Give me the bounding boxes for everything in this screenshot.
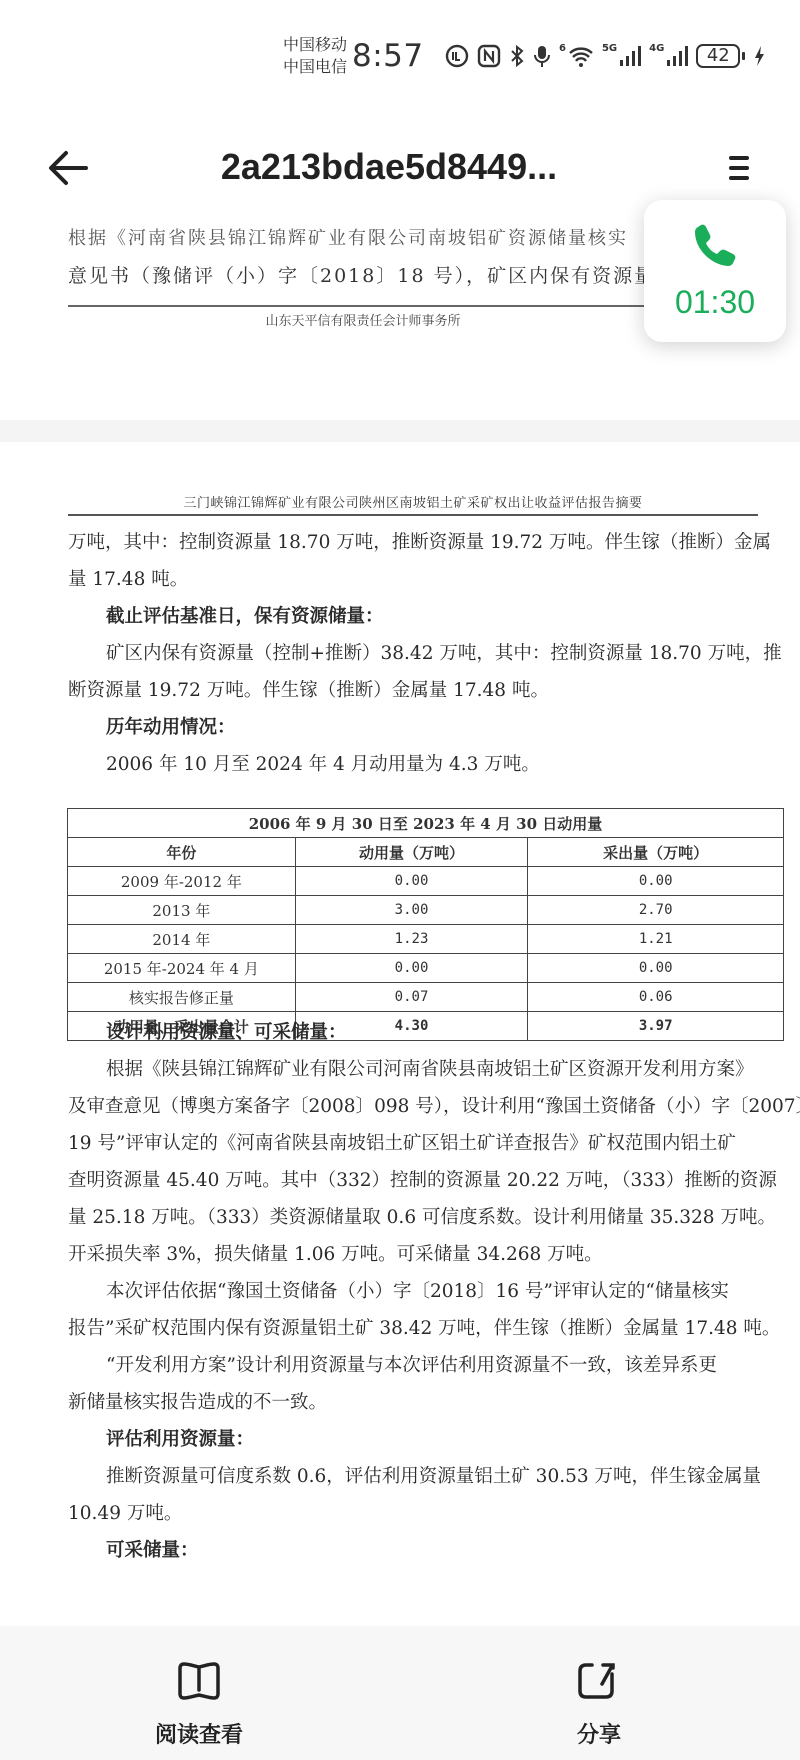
hd-voice-icon: [445, 44, 469, 68]
header-rule: [68, 514, 758, 516]
clock: 8:57: [352, 38, 424, 74]
table-caption: 2006 年 9 月 30 日至 2023 年 4 月 30 日动用量: [68, 809, 784, 838]
wifi-icon: [568, 44, 594, 68]
share-icon: [576, 1660, 620, 1702]
carrier-2: 中国电信: [283, 56, 347, 78]
status-icons: 6 5G 4G 42: [445, 42, 765, 70]
read-view-button[interactable]: 阅读查看: [99, 1626, 299, 1760]
share-button[interactable]: 分享: [499, 1626, 699, 1760]
charging-icon: [753, 44, 765, 68]
menu-icon-bar: [729, 166, 749, 170]
battery-level: 42: [696, 44, 740, 68]
document-title: 2a213bdae5d8449...: [0, 146, 800, 188]
heading-reserves: 截止评估基准日，保有资源储量：: [68, 598, 768, 635]
phone-icon: [690, 220, 740, 270]
carrier-names: 中国移动 中国电信: [283, 34, 347, 78]
call-timer: 01:30: [644, 284, 786, 321]
signal-4g-icon: [666, 44, 688, 68]
document-viewer[interactable]: 根据《河南省陕县锦江锦辉矿业有限公司南坡铝矿资源储量核实 意见书（豫储评（小）字…: [0, 216, 800, 1626]
battery-icon: 42: [696, 44, 745, 68]
microphone-icon: [533, 44, 551, 68]
menu-button[interactable]: [724, 150, 754, 190]
carrier-1: 中国移动: [283, 34, 347, 56]
document-page-2: 三门峡锦江锦辉矿业有限公司陕州区南坡铝土矿采矿权出让收益评估报告摘要 万吨，其中…: [0, 442, 800, 1626]
menu-icon-bar: [729, 156, 749, 160]
book-icon: [176, 1660, 222, 1702]
signal-5g-icon: [619, 44, 641, 68]
paragraph-4: 根据《陕县锦江锦辉矿业有限公司河南省陕县南坡铝土矿区资源开发利用方案》 及审查意…: [68, 1051, 768, 1273]
call-widget[interactable]: 01:30: [644, 200, 786, 342]
table-row: 2009 年-2012 年 0.00 0.00: [68, 867, 784, 896]
table-row: 2015 年-2024 年 4 月 0.00 0.00: [68, 954, 784, 983]
paragraph-6: “开发利用方案”设计利用资源量与本次评估利用资源量不一致，该差异系更 新储量核实…: [68, 1347, 768, 1421]
page-header: 三门峡锦江锦辉矿业有限公司陕州区南坡铝土矿采矿权出让收益评估报告摘要: [68, 492, 758, 511]
table-row: 2014 年 1.23 1.21: [68, 925, 784, 954]
bluetooth-icon: [509, 44, 525, 68]
page-separator: [0, 420, 800, 442]
table-header: 年份: [68, 838, 296, 867]
menu-icon-bar: [729, 176, 749, 180]
heading-recoverable: 可采储量：: [68, 1532, 768, 1569]
heading-design: 设计利用资源量、可采储量：: [68, 1014, 768, 1051]
paragraph-2: 矿区内保有资源量（控制+推断）38.42 万吨，其中：控制资源量 18.70 万…: [68, 635, 768, 709]
page1-line-1: 根据《河南省陕县锦江锦辉矿业有限公司南坡铝矿资源储量核实: [68, 224, 628, 250]
share-label: 分享: [499, 1718, 699, 1749]
nfc-icon: [477, 44, 501, 68]
table-row: 2013 年 3.00 2.70: [68, 896, 784, 925]
usage-table: 2006 年 9 月 30 日至 2023 年 4 月 30 日动用量 年份 动…: [67, 808, 784, 1041]
wifi-label: 6: [559, 43, 566, 54]
paragraph-3: 2006 年 10 月至 2024 年 4 月动用量为 4.3 万吨。: [68, 746, 768, 783]
heading-evaluation: 评估利用资源量：: [68, 1421, 768, 1458]
bottom-action-bar: 阅读查看 分享: [0, 1626, 800, 1760]
signal-2-label: 4G: [649, 43, 664, 54]
status-bar: 中国移动 中国电信 8:57 6 5G 4G 42: [0, 0, 800, 100]
read-view-label: 阅读查看: [99, 1718, 299, 1749]
signal-1-label: 5G: [602, 43, 617, 54]
table-header: 动用量（万吨）: [295, 838, 528, 867]
table-header: 采出量（万吨）: [528, 838, 784, 867]
table-row: 核实报告修正量 0.07 0.06: [68, 983, 784, 1012]
paragraph-7: 推断资源量可信度系数 0.6，评估利用资源量铝土矿 30.53 万吨，伴生镓金属…: [68, 1458, 768, 1532]
paragraph-5: 本次评估依据“豫国土资储备（小）字〔2018〕16 号”评审认定的“储量核实 报…: [68, 1273, 768, 1347]
battery-tip: [742, 52, 745, 60]
paragraph-1: 万吨，其中：控制资源量 18.70 万吨，推断资源量 19.72 万吨。伴生镓（…: [68, 524, 768, 598]
page1-line-2: 意见书（豫储评（小）字〔2018〕18 号），矿区内保有资源量（控制: [68, 261, 718, 288]
heading-usage: 历年动用情况：: [68, 709, 768, 746]
page1-footer-rule: [68, 305, 658, 307]
page1-footer: 山东天平信有限责任会计师事务所: [68, 310, 658, 329]
